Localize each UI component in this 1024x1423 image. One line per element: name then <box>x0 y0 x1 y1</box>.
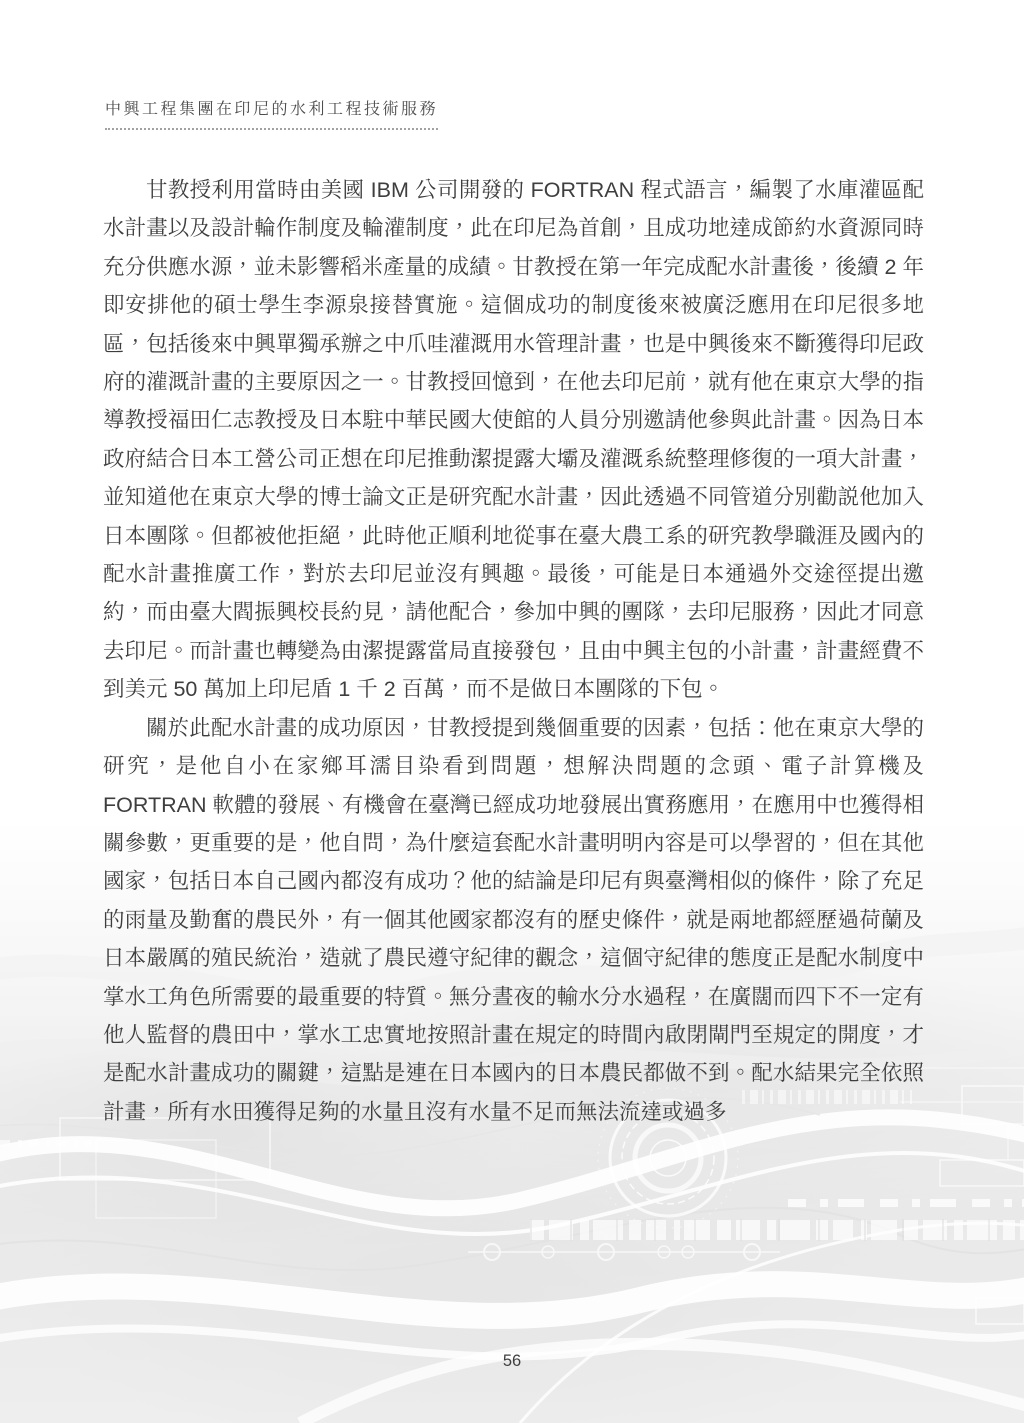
ribbon-shadow-line <box>0 1208 1024 1271</box>
article-body: 甘教授利用當時由美國 IBM 公司開發的 FORTRAN 程式語言，編製了水庫灌… <box>103 171 924 1131</box>
ribbon-line <box>520 1223 1024 1423</box>
paragraph-2: 關於此配水計畫的成功原因，甘教授提到幾個重要的因素，包括：他在東京大學的研究，是… <box>103 709 924 1131</box>
ribbon-line <box>0 1153 1024 1234</box>
page-number: 56 <box>503 1352 521 1370</box>
book-page: 中興工程集團在印尼的水利工程技術服務 甘教授利用當時由美國 IBM 公司開發的 … <box>0 0 1024 1423</box>
running-header: 中興工程集團在印尼的水利工程技術服務 <box>105 96 438 130</box>
circle-chain <box>468 1244 780 1260</box>
running-header-title: 中興工程集團在印尼的水利工程技術服務 <box>105 96 438 130</box>
ribbon-highlight <box>0 1280 1024 1316</box>
paragraph-1: 甘教授利用當時由美國 IBM 公司開發的 FORTRAN 程式語言，編製了水庫灌… <box>103 171 924 709</box>
page-footer: 56 <box>0 1352 1024 1371</box>
